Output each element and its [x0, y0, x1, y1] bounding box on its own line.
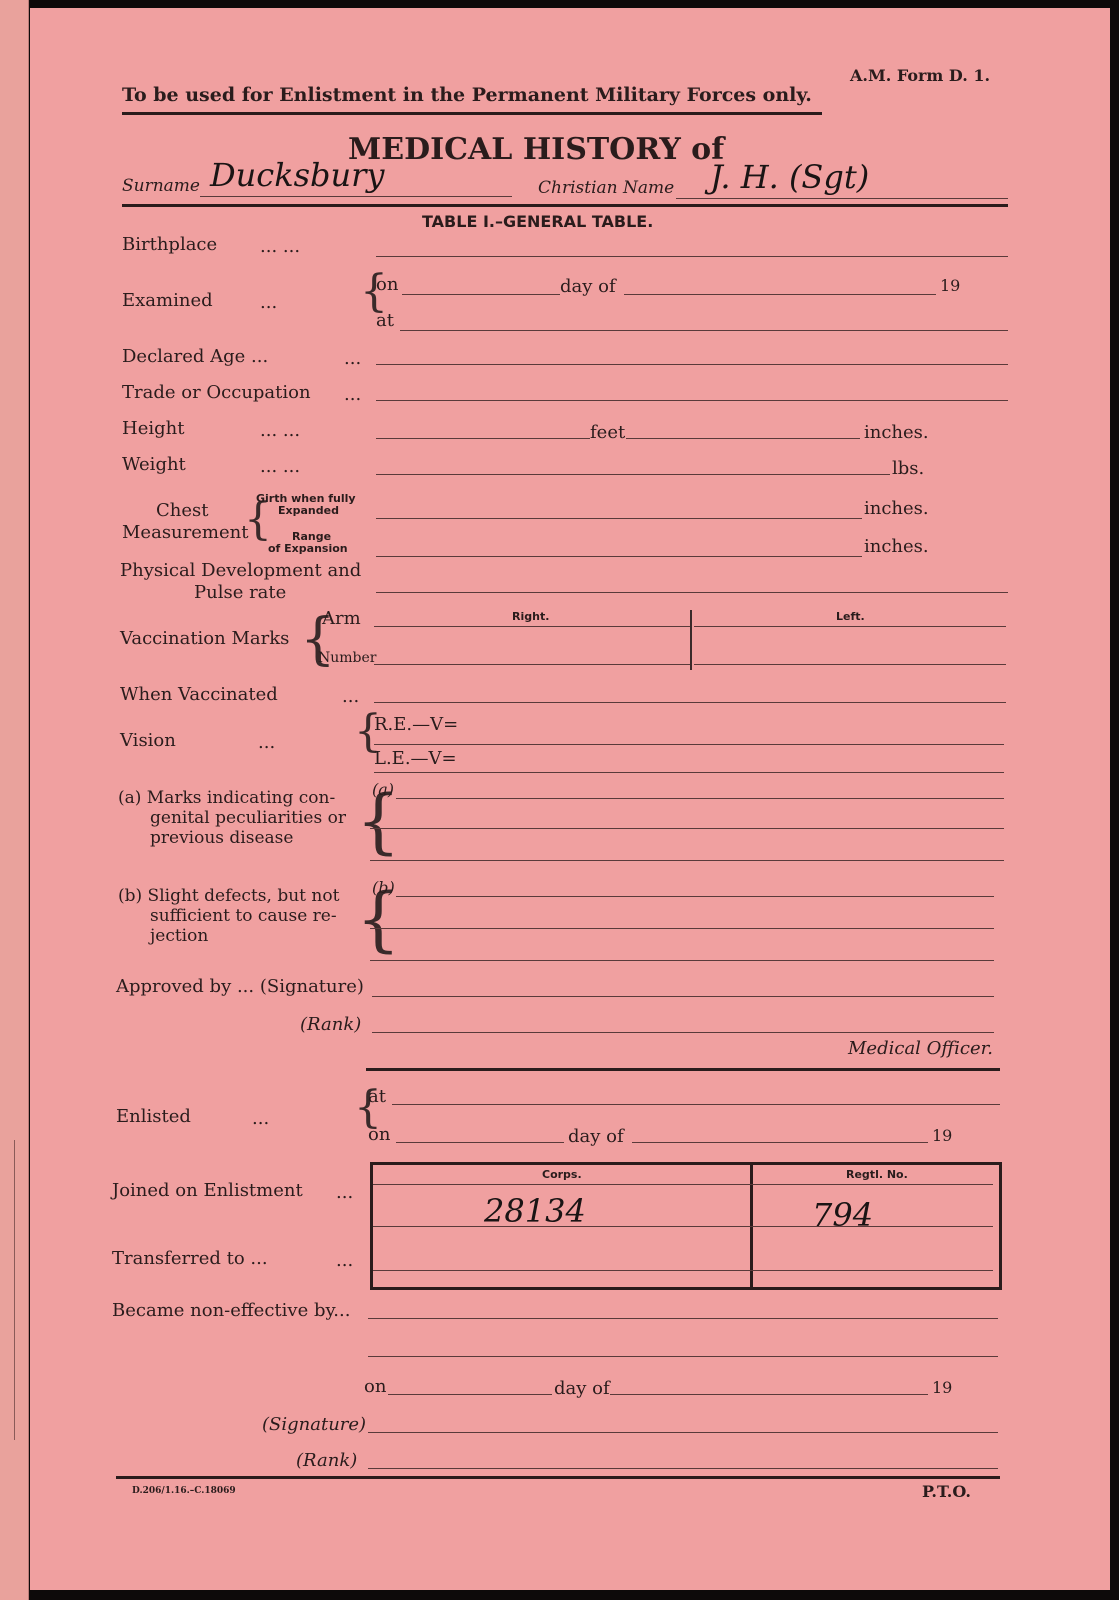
non-effective-day-of-label: day of [554, 1378, 610, 1399]
enlisted-day-field[interactable] [396, 1142, 564, 1143]
leader-dots: ... ... [260, 456, 300, 477]
leader-dots: ... [344, 348, 361, 369]
form-title: MEDICAL HISTORY of [348, 132, 724, 167]
a-marker: (a) [372, 780, 394, 799]
declared-age-field[interactable] [376, 364, 1008, 365]
enlisted-label: Enlisted [116, 1106, 191, 1127]
birthplace-field[interactable] [376, 256, 1008, 257]
left-eye-label: L.E.—V= [374, 748, 457, 769]
inches-label: inches. [864, 536, 929, 557]
lbs-label: lbs. [892, 458, 924, 479]
non-effective-label: Became non-effective by... [112, 1300, 350, 1321]
edge-line [14, 1140, 15, 1440]
trade-label: Trade or Occupation [122, 382, 311, 403]
examined-label: Examined [122, 290, 213, 311]
signature-field[interactable] [368, 1432, 998, 1433]
approved-rank-field[interactable] [372, 1032, 994, 1033]
examined-day-of-label: day of [560, 276, 616, 297]
marks-a-label-2: genital peculiarities or [150, 808, 346, 828]
examined-year-label: 19 [940, 276, 960, 295]
enlisted-month-field[interactable] [632, 1142, 928, 1143]
regtl-no-header: Regtl. No. [846, 1168, 908, 1181]
right-eye-label: R.E.—V= [374, 714, 458, 735]
birthplace-label: Birthplace [122, 234, 217, 255]
left-eye-field[interactable] [374, 772, 1004, 773]
arm-right-field[interactable] [374, 626, 690, 627]
non-effective-day-field[interactable] [388, 1394, 552, 1395]
table-row-rule [373, 1226, 993, 1227]
marks-a-label: (a) Marks indicating con- [118, 788, 335, 808]
enlisted-year-label: 19 [932, 1126, 952, 1145]
signature-label: (Signature) [262, 1414, 366, 1435]
vision-label: Vision [120, 730, 176, 751]
marks-a-label-3: previous disease [150, 828, 293, 848]
pulse-rate-label: Pulse rate [194, 582, 286, 603]
examined-on-label: on [376, 274, 398, 295]
approved-rank-label: (Rank) [300, 1014, 361, 1035]
of-expansion-label: of Expansion [268, 542, 348, 555]
enlisted-at-field[interactable] [392, 1104, 1000, 1105]
examined-at-field[interactable] [400, 330, 1008, 331]
non-effective-month-field[interactable] [610, 1394, 928, 1395]
non-effective-on-label: on [364, 1376, 386, 1397]
height-label: Height [122, 418, 184, 439]
surname-label: Surname [122, 176, 200, 196]
marks-a-field-2[interactable] [370, 828, 1004, 829]
leader-dots: ... [336, 1250, 353, 1271]
vaccination-divider [690, 610, 692, 670]
table-header-rule [373, 1184, 993, 1185]
weight-label: Weight [122, 454, 186, 475]
feet-label: feet [590, 422, 625, 443]
height-feet-field[interactable] [376, 438, 590, 439]
right-eye-field[interactable] [374, 744, 1004, 745]
leader-dots: ... [342, 686, 359, 707]
b-marker: (b) [372, 878, 395, 897]
leader-dots: ... [252, 1108, 269, 1129]
rank-label: (Rank) [296, 1450, 357, 1471]
marks-b-label-3: jection [150, 926, 208, 946]
chest-label: Chest [156, 500, 209, 521]
surname-value: Ducksbury [210, 156, 384, 194]
left-label: Left. [836, 610, 865, 623]
corps-header: Corps. [542, 1168, 582, 1181]
number-label: Number [318, 650, 376, 666]
examined-month-field[interactable] [624, 294, 936, 295]
weight-field[interactable] [376, 474, 890, 475]
when-vaccinated-label: When Vaccinated [120, 684, 278, 705]
corps-value[interactable]: 28134 [484, 1192, 586, 1230]
leader-dots: ... [344, 384, 361, 405]
marks-a-field-3[interactable] [370, 860, 1004, 861]
header-underline [122, 112, 822, 115]
physical-development-label: Physical Development and [120, 560, 361, 581]
leader-dots: ... [260, 292, 277, 313]
name-rule [122, 204, 1008, 207]
marks-b-field-3[interactable] [370, 960, 994, 961]
marks-b-field-1[interactable] [396, 896, 994, 897]
approved-by-label: Approved by ... (Signature) [116, 976, 364, 997]
chest-girth-field[interactable] [376, 518, 862, 519]
christian-name-value: J. H. (Sgt) [710, 158, 869, 196]
right-label: Right. [512, 610, 549, 623]
leader-dots: ... ... [260, 236, 300, 257]
pto-label: P.T.O. [922, 1482, 971, 1501]
inches-label: inches. [864, 422, 929, 443]
physical-development-field[interactable] [376, 592, 1008, 593]
arm-label: Arm [322, 608, 361, 629]
enlisted-on-label: on [368, 1124, 390, 1145]
non-effective-field-1[interactable] [368, 1318, 998, 1319]
regtl-no-value[interactable]: 794 [812, 1196, 873, 1234]
section-rule [366, 1068, 1000, 1071]
transferred-field[interactable] [373, 1270, 993, 1271]
header-note: To be used for Enlistment in the Permane… [122, 84, 812, 106]
table-title: TABLE I.–GENERAL TABLE. [422, 212, 653, 231]
enlisted-day-of-label: day of [568, 1126, 624, 1147]
corps-divider [750, 1162, 753, 1287]
leader-dots: ... ... [260, 420, 300, 441]
leader-dots: ... [258, 732, 275, 753]
medical-officer-label: Medical Officer. [848, 1038, 993, 1059]
examined-at-label: at [376, 310, 394, 331]
chest-range-field[interactable] [376, 556, 862, 557]
when-vaccinated-field[interactable] [374, 702, 1006, 703]
height-inches-field[interactable] [626, 438, 860, 439]
marks-b-field-2[interactable] [370, 928, 994, 929]
marks-b-label: (b) Slight defects, but not [118, 886, 339, 906]
paper-edge [0, 0, 29, 1600]
christian-name-line [676, 198, 1008, 199]
approved-signature-field[interactable] [372, 996, 994, 997]
trade-field[interactable] [376, 400, 1008, 401]
leader-dots: ... [336, 1182, 353, 1203]
number-left-field[interactable] [694, 664, 1006, 665]
rank-field[interactable] [368, 1468, 998, 1469]
medical-history-form: A.M. Form D. 1. To be used for Enlistmen… [30, 8, 1110, 1590]
marks-b-label-2: sufficient to cause re- [150, 906, 337, 926]
expanded-label: Expanded [278, 504, 339, 517]
marks-a-field-1[interactable] [396, 798, 1004, 799]
form-id: A.M. Form D. 1. [850, 66, 990, 85]
non-effective-field-2[interactable] [368, 1356, 998, 1357]
enlisted-at-label: at [368, 1086, 386, 1107]
number-right-field[interactable] [374, 664, 690, 665]
inches-label: inches. [864, 498, 929, 519]
footer-rule [116, 1476, 1000, 1479]
vaccination-marks-label: Vaccination Marks [120, 628, 289, 649]
print-code: D.206/1.16.–C.18069 [132, 1486, 236, 1496]
joined-on-enlistment-label: Joined on Enlistment [112, 1180, 303, 1201]
non-effective-year-label: 19 [932, 1378, 952, 1397]
examined-day-field[interactable] [402, 294, 560, 295]
arm-left-field[interactable] [694, 626, 1006, 627]
transferred-to-label: Transferred to ... [112, 1248, 268, 1269]
surname-line [200, 196, 512, 197]
declared-age-label: Declared Age ... [122, 346, 268, 367]
measurement-label: Measurement [122, 522, 248, 543]
christian-name-label: Christian Name [538, 178, 674, 198]
